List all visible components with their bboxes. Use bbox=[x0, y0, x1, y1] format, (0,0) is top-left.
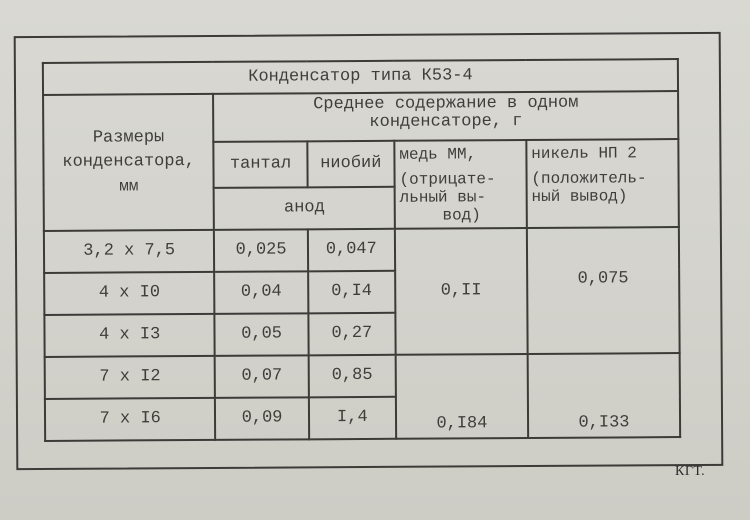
copper-header-line: льный вы- bbox=[400, 188, 524, 207]
table-title: Конденсатор типа К53-4 bbox=[43, 59, 678, 95]
size-cell: 7 x I2 bbox=[45, 356, 216, 399]
copper-header-line: вод) bbox=[400, 206, 524, 225]
footer-mark: КГТ. bbox=[675, 464, 705, 480]
sizes-header: Размеры конденсатора, мм bbox=[43, 94, 214, 231]
nickel-header-line: (положитель- bbox=[531, 169, 675, 188]
size-cell: 4 x I3 bbox=[44, 314, 215, 357]
tantalum-cell: 0,025 bbox=[214, 229, 308, 272]
copper-group2-cell: 0,I84 bbox=[396, 354, 528, 439]
tantalum-cell: 0,07 bbox=[215, 355, 309, 398]
copper-header: медь ММ, (отрицате- льный вы- вод) bbox=[394, 140, 526, 229]
copper-header-line: медь ММ, bbox=[399, 145, 523, 164]
nickel-group1-cell: 0,075 bbox=[527, 227, 680, 354]
avg-content-header: Среднее содержание в одном конденсаторе,… bbox=[213, 91, 678, 142]
nickel-header-line: ный вывод) bbox=[531, 187, 675, 206]
sizes-header-line: конденсатора, bbox=[44, 153, 213, 172]
table-row: 7 x I2 0,07 0,85 0,I84 0,I33 bbox=[45, 353, 680, 399]
tantalum-header: тантал bbox=[214, 141, 308, 188]
copper-header-line: (отрицате- bbox=[399, 170, 523, 189]
niobium-cell: 0,85 bbox=[308, 355, 395, 398]
anode-header: анод bbox=[214, 187, 395, 230]
size-cell: 7 x I6 bbox=[45, 398, 216, 441]
avg-content-line: конденсаторе, г bbox=[215, 112, 678, 133]
copper-group1-cell: 0,II bbox=[395, 228, 528, 355]
sizes-header-line: мм bbox=[45, 177, 214, 196]
tantalum-cell: 0,04 bbox=[215, 271, 309, 314]
nickel-group2-cell: 0,I33 bbox=[527, 353, 680, 438]
niobium-cell: 0,047 bbox=[308, 229, 395, 272]
niobium-header: ниобий bbox=[307, 141, 394, 188]
niobium-cell: 0,27 bbox=[308, 313, 395, 356]
capacitor-content-table: Конденсатор типа К53-4 Размеры конденсат… bbox=[42, 58, 681, 442]
nickel-header-line: никель НП 2 bbox=[531, 144, 675, 163]
size-cell: 4 x I0 bbox=[44, 272, 215, 315]
niobium-cell: I,4 bbox=[309, 397, 396, 440]
tantalum-cell: 0,09 bbox=[215, 397, 309, 440]
tantalum-cell: 0,05 bbox=[215, 313, 309, 356]
niobium-cell: 0,I4 bbox=[308, 271, 395, 314]
capacitor-table-wrapper: Конденсатор типа К53-4 Размеры конденсат… bbox=[42, 58, 681, 442]
size-cell: 3,2 x 7,5 bbox=[44, 230, 215, 273]
sizes-header-line: Размеры bbox=[44, 129, 213, 148]
nickel-header: никель НП 2 (положитель- ный вывод) bbox=[526, 139, 679, 228]
table-row: 3,2 x 7,5 0,025 0,047 0,II 0,075 bbox=[44, 227, 679, 273]
